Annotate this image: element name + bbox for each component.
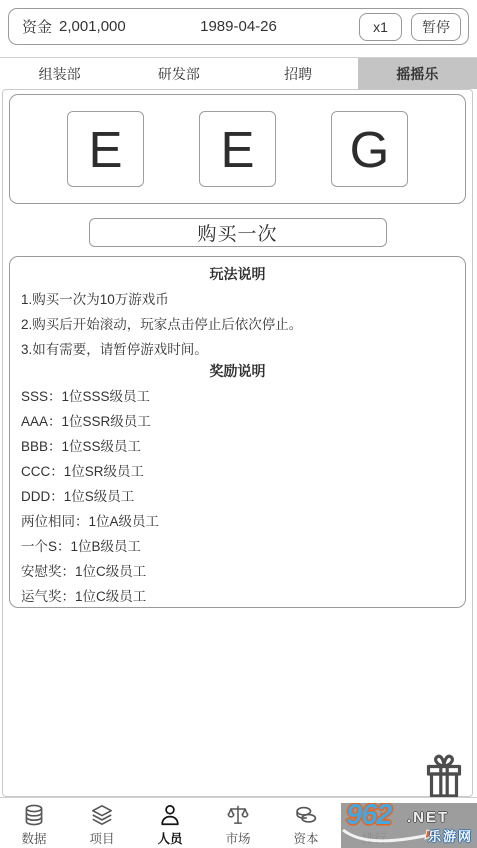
nav-item-market[interactable]: 市场 xyxy=(204,798,272,848)
speed-button[interactable]: x1 xyxy=(359,13,402,41)
reward-rule-line: CCC：1位SR级员工 xyxy=(21,457,454,482)
slot-reel-2[interactable]: E xyxy=(199,111,276,187)
reward-rule-line: 安慰奖：1位C级员工 xyxy=(21,557,454,582)
nav-label: 资本 xyxy=(293,829,318,847)
962net-watermark: 962 .NET 乐游网 xyxy=(341,803,477,848)
nav-item-projects[interactable]: 项目 xyxy=(68,798,136,848)
topbar-buttons: x1 暂停 xyxy=(359,9,461,44)
gift-icon xyxy=(424,753,464,799)
tab-lottery[interactable]: 摇摇乐 xyxy=(358,58,477,89)
reward-rule-line: BBB：1位SS级员工 xyxy=(21,432,454,457)
top-bar: 资金 2,001,000 1989-04-26 x1 暂停 xyxy=(8,8,469,45)
nav-item-personnel[interactable]: 人员 xyxy=(136,798,204,848)
tab-research[interactable]: 研发部 xyxy=(119,58,238,89)
tab-recruit[interactable]: 招聘 xyxy=(239,58,358,89)
watermark-site-name: 乐游网 xyxy=(428,826,473,845)
coins-icon xyxy=(293,802,319,828)
pause-button[interactable]: 暂停 xyxy=(411,13,461,41)
database-icon xyxy=(21,802,47,828)
play-rule-line: 1.购买一次为10万游戏币 xyxy=(21,285,454,310)
nav-label: 人员 xyxy=(157,829,182,847)
reward-rule-line: 两位相同：1位A级员工 xyxy=(21,507,454,532)
slot-reel-1[interactable]: E xyxy=(67,111,144,187)
rules-panel: 玩法说明 1.购买一次为10万游戏币 2.购买后开始滚动，玩家点击停止后依次停止… xyxy=(9,256,466,608)
nav-label: 项目 xyxy=(89,829,114,847)
buy-once-button[interactable]: 购买一次 xyxy=(89,218,387,247)
nav-item-data[interactable]: 数据 xyxy=(0,798,68,848)
play-rules-title: 玩法说明 xyxy=(21,263,454,285)
play-rule-line: 2.购买后开始滚动，玩家点击停止后依次停止。 xyxy=(21,310,454,335)
game-page: 资金 2,001,000 1989-04-26 x1 暂停 组装部 研发部 招聘… xyxy=(0,0,477,848)
tab-assembly[interactable]: 组装部 xyxy=(0,58,119,89)
reward-rules-title: 奖励说明 xyxy=(21,360,454,382)
play-rule-line: 3.如有需要，请暂停游戏时间。 xyxy=(21,335,454,360)
reward-rule-line: DDD：1位S级员工 xyxy=(21,482,454,507)
nav-item-capital[interactable]: 资本 xyxy=(272,798,340,848)
reward-rule-line: SSS：1位SSS级员工 xyxy=(21,382,454,407)
reward-rule-line: 一个S：1位B级员工 xyxy=(21,532,454,557)
lottery-content: E E G 购买一次 玩法说明 1.购买一次为10万游戏币 2.购买后开始滚动，… xyxy=(2,89,473,797)
scale-icon xyxy=(225,802,251,828)
reward-rule-line: AAA：1位SSR级员工 xyxy=(21,407,454,432)
nav-label: 数据 xyxy=(21,829,46,847)
person-icon xyxy=(157,802,183,828)
gift-button[interactable] xyxy=(424,753,464,799)
layers-icon xyxy=(89,802,115,828)
slot-machine-panel: E E G xyxy=(9,94,466,204)
nav-label: 市场 xyxy=(225,829,250,847)
department-tabs: 组装部 研发部 招聘 摇摇乐 xyxy=(0,57,477,89)
slot-reel-3[interactable]: G xyxy=(331,111,408,187)
reward-rule-line: 运气奖：1位C级员工 xyxy=(21,582,454,607)
